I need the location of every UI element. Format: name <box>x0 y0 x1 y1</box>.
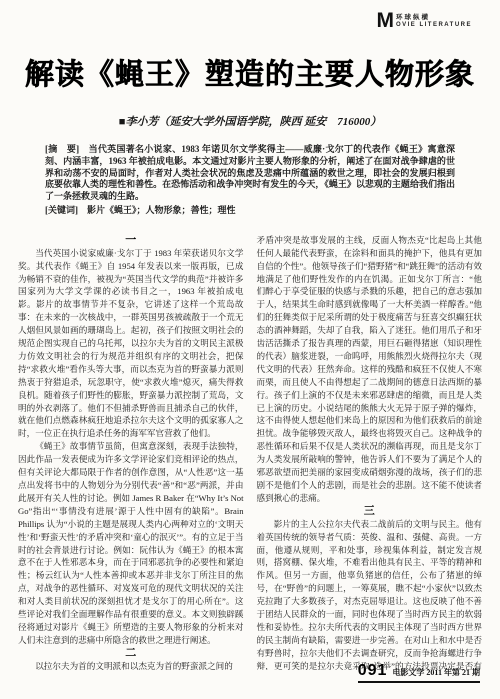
keywords-label: [关键词] <box>45 205 78 215</box>
abstract-label: [摘 要] <box>45 144 79 154</box>
left-paragraph-1: 当代英国小说家威廉·戈尔丁于 1983 年荣获诺贝尔文学奖。其代表作《蝇王》自 … <box>18 247 244 441</box>
page-number: 091 <box>358 662 388 680</box>
journal-page: M 环球纵横 OVIE LITERATURE 解读《蝇王》塑造的主要人物形象 ■… <box>0 0 500 699</box>
right-column: 矛盾冲突是故事发展的主线，反面人物杰克“比起岛上其他任何人最能代表野蛮，在涂料和… <box>257 234 483 670</box>
left-column: 一 当代英国小说家威廉·戈尔丁于 1983 年荣获诺贝尔文学奖。其代表作《蝇王》… <box>18 234 244 670</box>
journal-issue-line: 电影文学 2011 年第 21 期 <box>392 667 480 678</box>
logo-text-lines: 环球纵横 OVIE LITERATURE <box>396 11 472 29</box>
journal-logo: M 环球纵横 OVIE LITERATURE <box>376 11 472 30</box>
logo-chinese-name: 环球纵横 <box>396 14 472 21</box>
page-footer: 091 电影文学 2011 年第 21 期 <box>358 662 480 683</box>
left-paragraph-2: 《蝇王》故事情节虽简，但寓意深刻，表现手法独特，因此作品一发表便成为许多文学评论… <box>18 440 244 647</box>
logo-english-name: OVIE LITERATURE <box>396 21 472 29</box>
body-columns: 一 当代英国小说家威廉·戈尔丁于 1983 年荣获诺贝尔文学奖。其代表作《蝇王》… <box>18 234 482 670</box>
abstract-paragraph: [摘 要] 当代英国著名小说家、1983 年诺贝尔文学奖得主——威廉·戈尔丁的代… <box>45 144 455 203</box>
right-paragraph-1: 矛盾冲突是故事发展的主线，反面人物杰克“比起岛上其他任何人最能代表野蛮，在涂料和… <box>257 234 483 505</box>
keywords-text: 影片《蝇王》；人物形象；善性；理性 <box>78 205 236 215</box>
keywords-line: [关键词] 影片《蝇王》；人物形象；善性；理性 <box>45 205 455 217</box>
author-line: ■李小芳（延安大学外国语学院，陕西 延安 716000） <box>0 113 500 129</box>
logo-m-letter: M <box>376 11 394 30</box>
section-heading-2: 二 <box>18 647 244 660</box>
section-heading-1: 一 <box>18 234 244 247</box>
article-title: 解读《蝇王》塑造的主要人物形象 <box>0 52 500 93</box>
abstract-text: 当代英国著名小说家、1983 年诺贝尔文学奖得主——威廉·戈尔丁的代表作《蝇王》… <box>45 144 455 201</box>
right-paragraph-2: 影片的主人公拉尔夫代表二战前后的文明与民主。他有着英国传统的领导者气质：英俊、温… <box>257 518 483 670</box>
left-paragraph-3: 以拉尔夫为首的文明派和以杰克为首的野蛮派之间的 <box>18 660 244 670</box>
section-heading-3: 三 <box>257 505 483 518</box>
